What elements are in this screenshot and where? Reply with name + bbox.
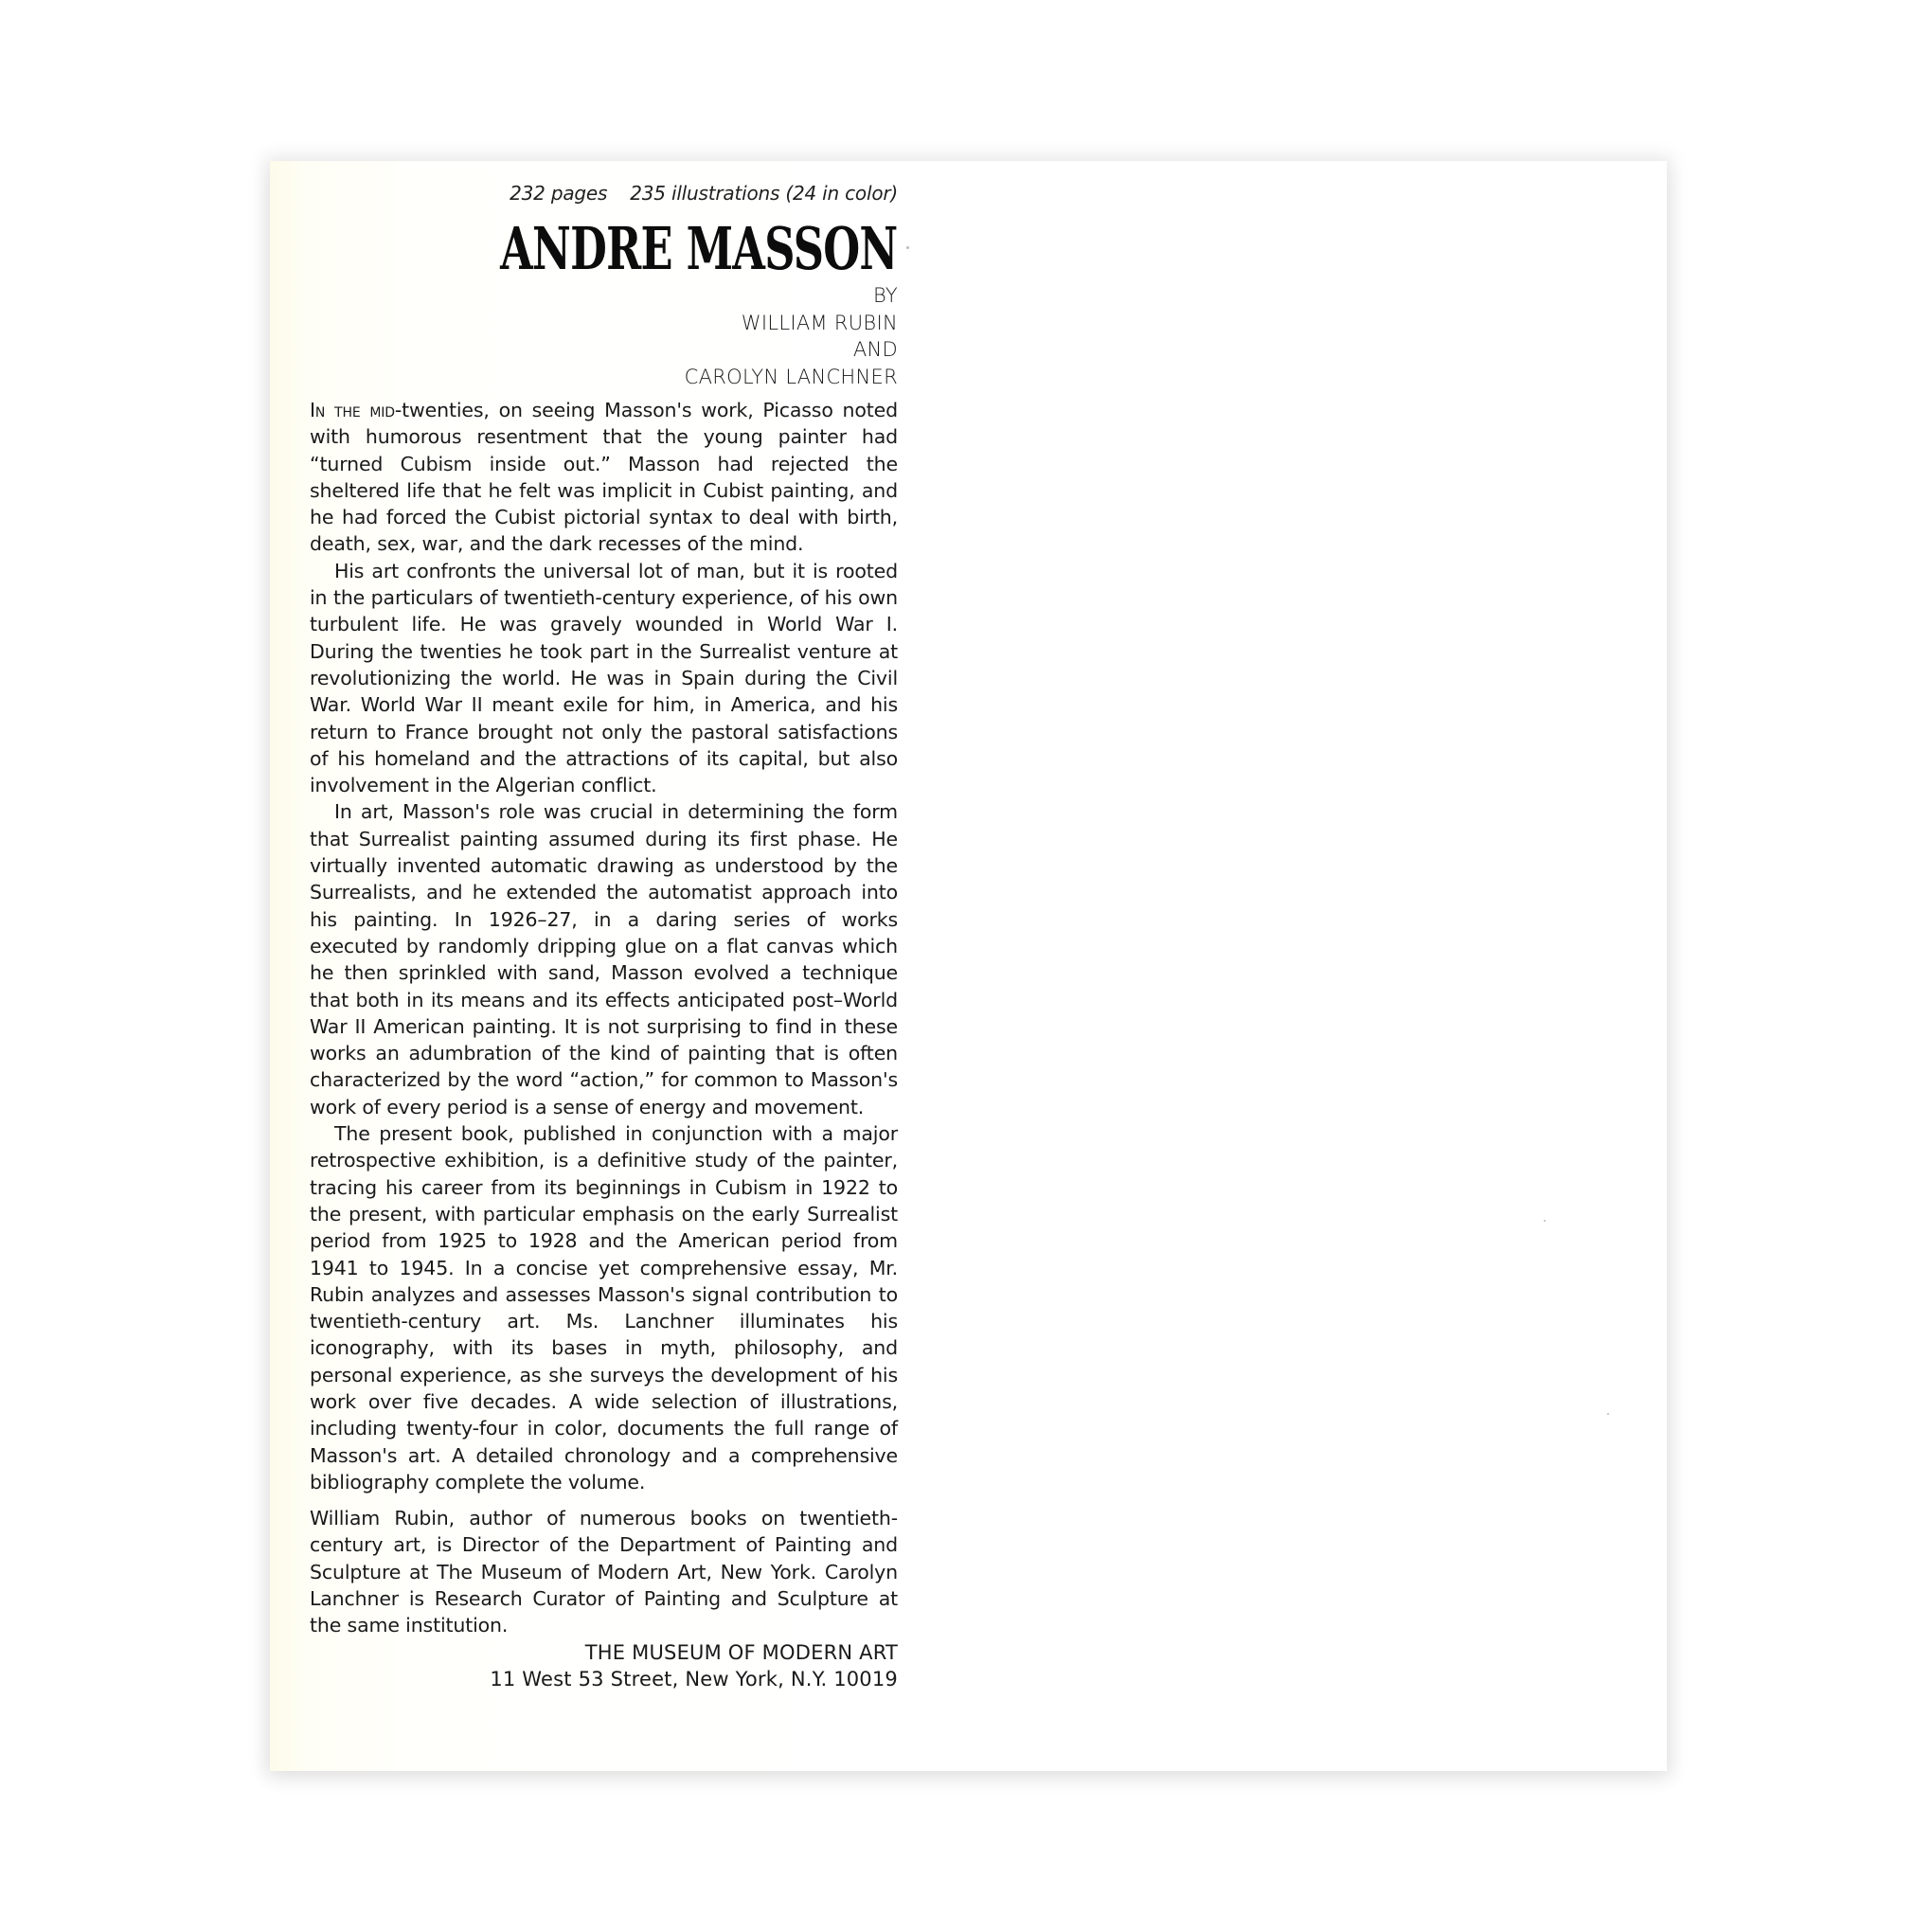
author-name: WILLIAM RUBIN: [685, 310, 898, 337]
paragraph: The present book, published in conjuncti…: [310, 1120, 898, 1495]
author-bio: William Rubin, author of numerous books …: [310, 1505, 898, 1638]
illustration-count: 235 illustrations (24 in color): [630, 182, 898, 205]
paragraph: In art, Masson's role was crucial in det…: [310, 798, 898, 1120]
paper-speck: [1607, 1413, 1609, 1415]
byline-by: BY: [685, 282, 898, 310]
paper-speck: [906, 246, 909, 249]
byline-and: AND: [685, 336, 898, 364]
paragraph: His art confronts the universal lot of m…: [310, 558, 898, 799]
book-jacket-flap: 232 pages235 illustrations (24 in color)…: [270, 161, 1667, 1771]
lead-in-smallcaps: In the mid: [310, 399, 395, 421]
paragraph: In the mid-twenties, on seeing Masson's …: [310, 397, 898, 558]
publisher-address: 11 West 53 Street, New York, N.Y. 10019: [310, 1666, 898, 1692]
paper-speck: [1544, 1220, 1546, 1222]
book-title: ANDRE MASSON: [501, 220, 898, 278]
description-body: In the mid-twenties, on seeing Masson's …: [310, 397, 898, 1692]
byline: BY WILLIAM RUBIN AND CAROLYN LANCHNER: [685, 282, 898, 390]
paragraph-text: -twenties, on seeing Masson's work, Pica…: [310, 399, 898, 555]
publisher-block: THE MUSEUM OF MODERN ART 11 West 53 Stre…: [310, 1639, 898, 1693]
publisher-name: THE MUSEUM OF MODERN ART: [310, 1639, 898, 1666]
book-stats: 232 pages235 illustrations (24 in color): [510, 182, 898, 205]
page-count: 232 pages: [510, 182, 607, 205]
author-name: CAROLYN LANCHNER: [685, 364, 898, 391]
